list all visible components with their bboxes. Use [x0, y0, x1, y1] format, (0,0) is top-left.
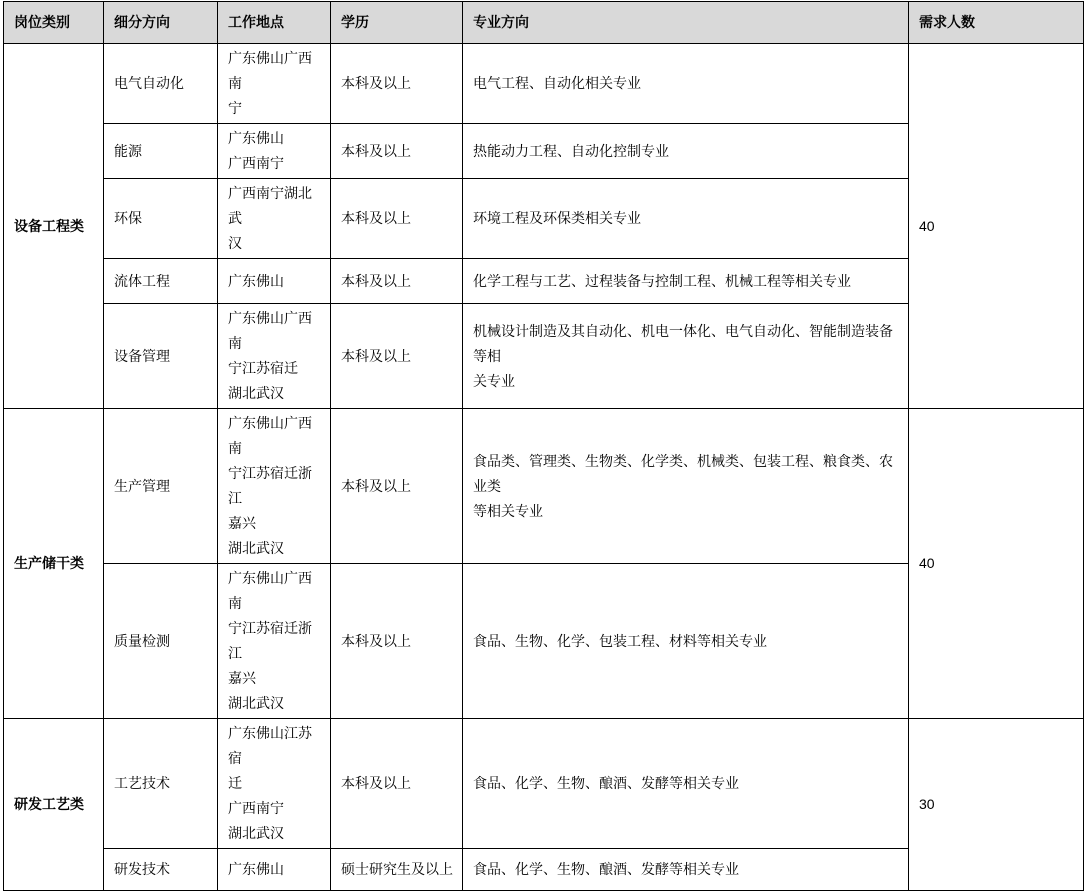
cell-category: 研发工艺类 [4, 719, 104, 891]
column-header-headcount: 需求人数 [909, 2, 1084, 44]
cell-location: 广东佛山广西南 宁 [218, 44, 331, 124]
cell-direction: 环保 [104, 179, 218, 259]
cell-direction: 电气自动化 [104, 44, 218, 124]
table-row: 设备工程类 电气自动化 广东佛山广西南 宁 本科及以上 电气工程、自动化相关专业… [4, 44, 1084, 124]
cell-education: 本科及以上 [331, 259, 463, 304]
cell-direction: 生产管理 [104, 409, 218, 564]
table-row: 生产储干类 生产管理 广东佛山广西南 宁江苏宿迁浙江 嘉兴 湖北武汉 本科及以上… [4, 409, 1084, 564]
cell-location: 广东佛山 [218, 849, 331, 891]
cell-location: 广东佛山广西南 宁江苏宿迁浙江 嘉兴 湖北武汉 [218, 564, 331, 719]
cell-location: 广东佛山广西南 宁江苏宿迁浙江 嘉兴 湖北武汉 [218, 409, 331, 564]
cell-direction: 能源 [104, 124, 218, 179]
cell-education: 本科及以上 [331, 304, 463, 409]
cell-headcount: 40 [909, 44, 1084, 409]
cell-location: 广西南宁湖北武 汉 [218, 179, 331, 259]
cell-direction: 设备管理 [104, 304, 218, 409]
cell-major: 机械设计制造及其自动化、机电一体化、电气自动化、智能制造装备等相 关专业 [463, 304, 909, 409]
cell-direction: 工艺技术 [104, 719, 218, 849]
cell-headcount: 40 [909, 409, 1084, 719]
cell-direction: 流体工程 [104, 259, 218, 304]
column-header-direction: 细分方向 [104, 2, 218, 44]
cell-education: 本科及以上 [331, 44, 463, 124]
cell-major: 环境工程及环保类相关专业 [463, 179, 909, 259]
table-row: 研发工艺类 工艺技术 广东佛山江苏宿 迁 广西南宁 湖北武汉 本科及以上 食品、… [4, 719, 1084, 849]
page-background: 岗位类别 细分方向 工作地点 学历 专业方向 需求人数 设备工程类 电气自动化 … [0, 0, 1086, 678]
cell-location: 广东佛山 [218, 259, 331, 304]
header-row: 岗位类别 细分方向 工作地点 学历 专业方向 需求人数 [4, 2, 1084, 44]
cell-education: 本科及以上 [331, 179, 463, 259]
cell-direction: 质量检测 [104, 564, 218, 719]
cell-major: 化学工程与工艺、过程装备与控制工程、机械工程等相关专业 [463, 259, 909, 304]
cell-location: 广东佛山江苏宿 迁 广西南宁 湖北武汉 [218, 719, 331, 849]
column-header-location: 工作地点 [218, 2, 331, 44]
cell-education: 本科及以上 [331, 409, 463, 564]
cell-category: 生产储干类 [4, 409, 104, 719]
cell-major: 食品、化学、生物、酿酒、发酵等相关专业 [463, 849, 909, 891]
cell-location: 广东佛山广西南 宁江苏宿迁 湖北武汉 [218, 304, 331, 409]
column-header-education: 学历 [331, 2, 463, 44]
recruitment-table: 岗位类别 细分方向 工作地点 学历 专业方向 需求人数 设备工程类 电气自动化 … [3, 1, 1084, 891]
cell-education: 本科及以上 [331, 719, 463, 849]
cell-headcount: 30 [909, 719, 1084, 891]
cell-category: 设备工程类 [4, 44, 104, 409]
cell-location: 广东佛山 广西南宁 [218, 124, 331, 179]
cell-education: 硕士研究生及以上 [331, 849, 463, 891]
column-header-category: 岗位类别 [4, 2, 104, 44]
cell-direction: 研发技术 [104, 849, 218, 891]
cell-major: 食品、生物、化学、包装工程、材料等相关专业 [463, 564, 909, 719]
cell-major: 电气工程、自动化相关专业 [463, 44, 909, 124]
cell-major: 食品类、管理类、生物类、化学类、机械类、包装工程、粮食类、农业类 等相关专业 [463, 409, 909, 564]
column-header-major: 专业方向 [463, 2, 909, 44]
cell-education: 本科及以上 [331, 124, 463, 179]
cell-major: 食品、化学、生物、酿酒、发酵等相关专业 [463, 719, 909, 849]
cell-education: 本科及以上 [331, 564, 463, 719]
cell-major: 热能动力工程、自动化控制专业 [463, 124, 909, 179]
